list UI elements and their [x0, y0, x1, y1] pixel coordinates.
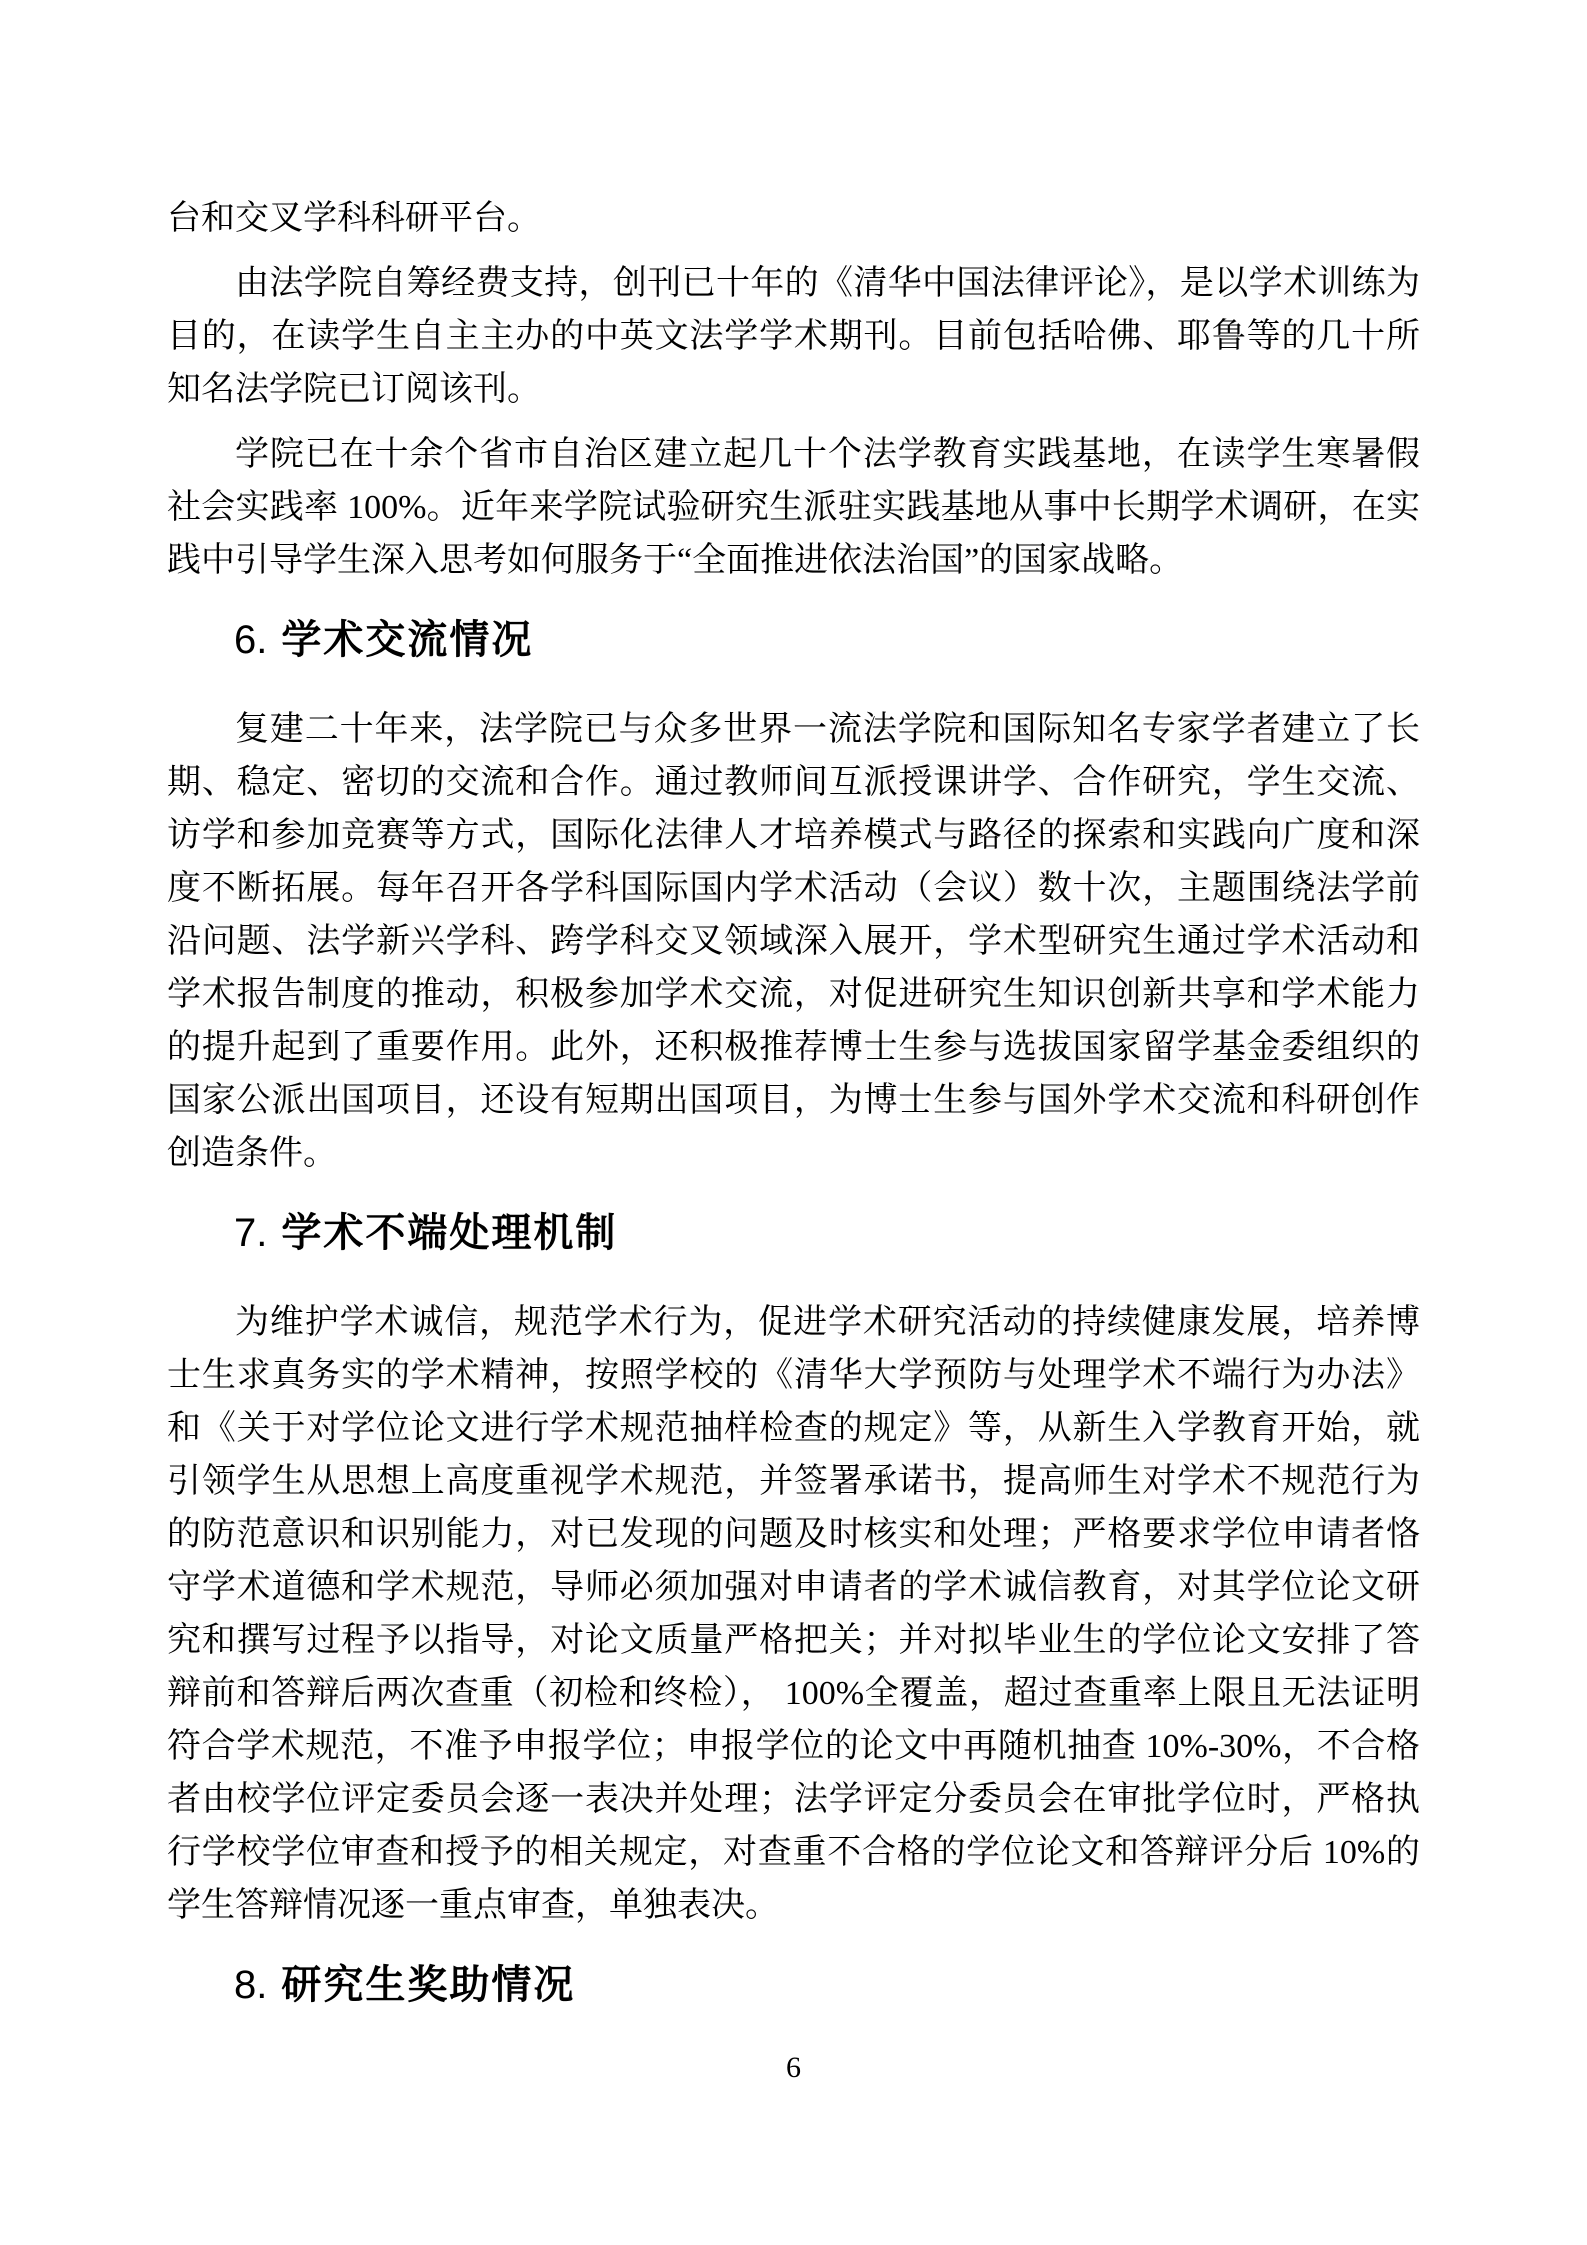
section-heading-6: 6.学术交流情况 — [234, 615, 1420, 665]
section-title: 研究生奖助情况 — [281, 1963, 575, 2007]
body-paragraph: 学院已在十余个省市自治区建立起几十个法学教育实践基地，在读学生寒暑假社会实践率 … — [167, 428, 1420, 587]
section-number: 7. — [234, 1211, 267, 1255]
page-number: 6 — [167, 2048, 1420, 2088]
section-number: 6. — [234, 618, 267, 662]
section-heading-8: 8.研究生奖助情况 — [234, 1960, 1420, 2010]
section-title: 学术交流情况 — [281, 618, 533, 662]
body-paragraph: 复建二十年来，法学院已与众多世界一流法学院和国际知名专家学者建立了长期、稳定、密… — [167, 703, 1420, 1180]
body-paragraph: 为维护学术诚信，规范学术行为，促进学术研究活动的持续健康发展，培养博士生求真务实… — [167, 1296, 1420, 1932]
section-heading-7: 7.学术不端处理机制 — [234, 1208, 1420, 1258]
section-number: 8. — [234, 1963, 267, 2007]
document-page: 台和交叉学科科研平台。 由法学院自筹经费支持，创刊已十年的《清华中国法律评论》，… — [0, 0, 1587, 2245]
body-paragraph-continuation: 台和交叉学科科研平台。 — [167, 192, 1420, 245]
body-paragraph: 由法学院自筹经费支持，创刊已十年的《清华中国法律评论》，是以学术训练为目的，在读… — [167, 257, 1420, 416]
section-title: 学术不端处理机制 — [281, 1211, 617, 1255]
